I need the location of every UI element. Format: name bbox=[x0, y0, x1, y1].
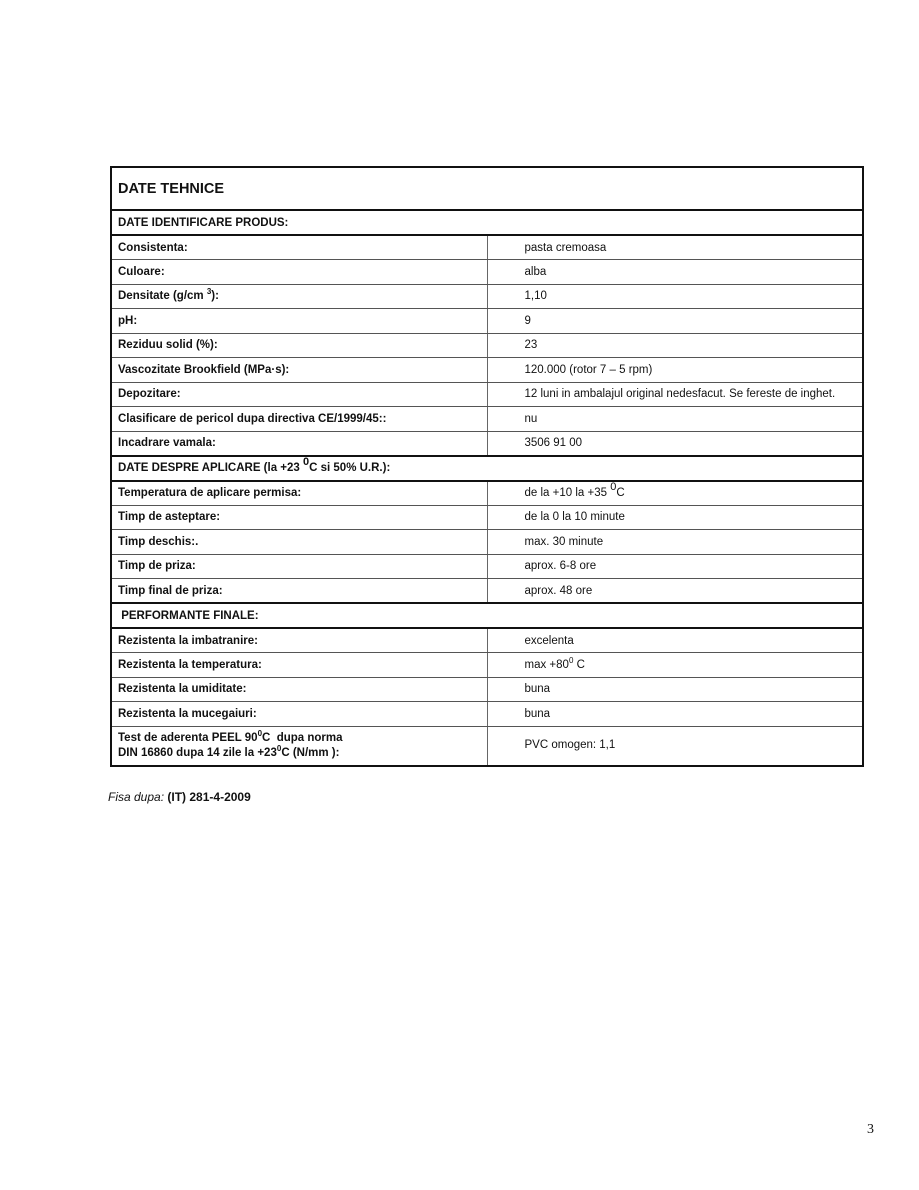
table-row: Timp de priza:aprox. 6-8 ore bbox=[111, 554, 863, 579]
technical-data-sheet: DATE TEHNICE DATE IDENTIFICARE PRODUS: C… bbox=[110, 166, 864, 767]
footnote-label: Fisa dupa: bbox=[108, 790, 164, 804]
table-row: Densitate (g/cm 3):1,10 bbox=[111, 284, 863, 309]
section-heading-identification: DATE IDENTIFICARE PRODUS: bbox=[111, 210, 863, 235]
table-row: Rezistenta la umiditate:buna bbox=[111, 677, 863, 702]
footnote-reference: (IT) 281-4-2009 bbox=[167, 790, 250, 804]
table-row: Rezistenta la mucegaiuri:buna bbox=[111, 702, 863, 727]
table-row: Rezistenta la temperatura:max +800 C bbox=[111, 653, 863, 678]
technical-data-table: DATE TEHNICE DATE IDENTIFICARE PRODUS: C… bbox=[110, 166, 864, 767]
table-row: Culoare:alba bbox=[111, 260, 863, 285]
table-row: Test de aderenta PEEL 900C dupa norma DI… bbox=[111, 726, 863, 766]
table-row: Timp final de priza:aprox. 48 ore bbox=[111, 579, 863, 604]
table-row: Temperatura de aplicare permisa:de la +1… bbox=[111, 481, 863, 506]
table-row: Rezistenta la imbatranire:excelenta bbox=[111, 628, 863, 653]
page-number: 3 bbox=[867, 1122, 874, 1138]
table-row: Vascozitate Brookfield (MPa·s):120.000 (… bbox=[111, 358, 863, 383]
table-row: Clasificare de pericol dupa directiva CE… bbox=[111, 407, 863, 432]
section-heading-application: DATE DESPRE APLICARE (la +23 0C si 50% U… bbox=[111, 456, 863, 481]
footnote: Fisa dupa: (IT) 281-4-2009 bbox=[108, 790, 251, 804]
table-row: Depozitare:12 luni in ambalajul original… bbox=[111, 382, 863, 407]
table-row: Consistenta:pasta cremoasa bbox=[111, 235, 863, 260]
table-row: Timp deschis:.max. 30 minute bbox=[111, 530, 863, 555]
section-heading-performance: PERFORMANTE FINALE: bbox=[111, 603, 863, 628]
table-row: Reziduu solid (%):23 bbox=[111, 333, 863, 358]
table-row: pH:9 bbox=[111, 309, 863, 334]
table-row: Incadrare vamala:3506 91 00 bbox=[111, 431, 863, 456]
table-row: Timp de asteptare:de la 0 la 10 minute bbox=[111, 505, 863, 530]
table-title: DATE TEHNICE bbox=[111, 167, 863, 210]
